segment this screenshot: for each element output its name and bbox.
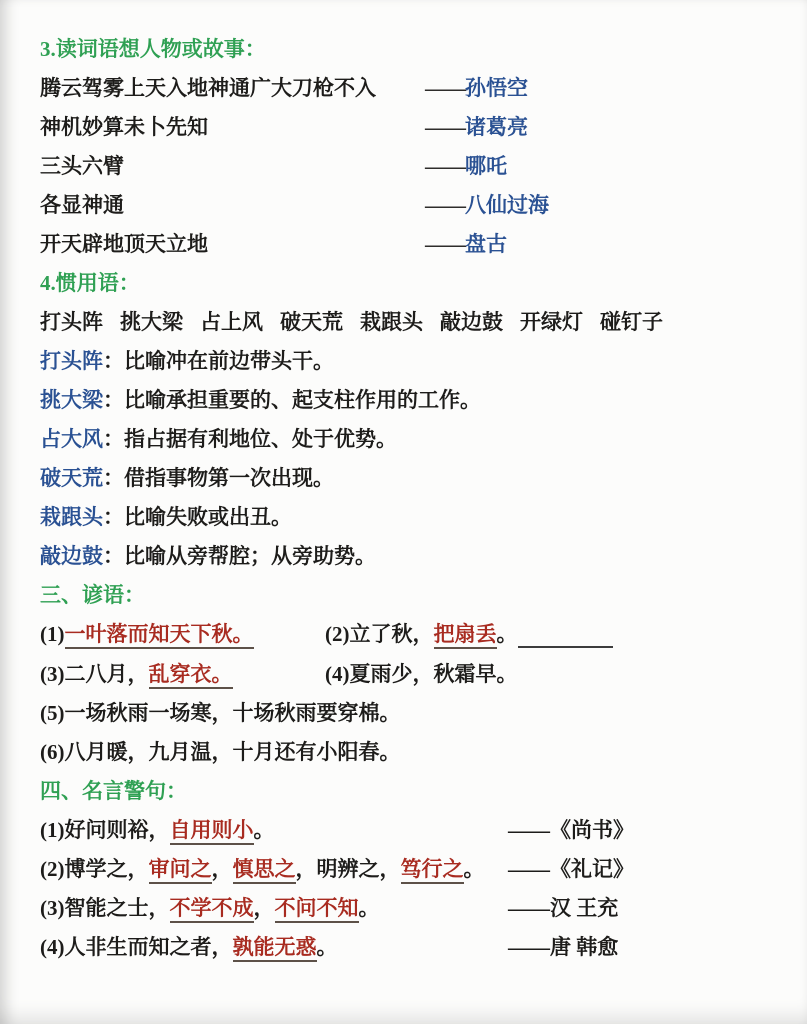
section-heading: 4.惯用语： — [40, 270, 787, 296]
idiom-definition: 借指事物第一次出现。 — [124, 466, 334, 490]
proverb-item: (4)夏雨少，秋霜早。 — [325, 661, 518, 687]
blank-underline — [518, 625, 613, 648]
word-item: 打头阵 — [40, 309, 103, 335]
text-segment: ， — [254, 896, 275, 920]
idiom-definition: 指占据有利地位、处于优势。 — [124, 427, 397, 451]
answer: ——哪吒 — [425, 153, 507, 179]
idiom-definition-row: 打头阵：比喻冲在前边带头干。 — [40, 348, 787, 374]
idiom-definition-row: 挑大梁：比喻承担重要的、起支柱作用的工作。 — [40, 387, 787, 413]
answer-name: 诸葛亮 — [465, 115, 528, 139]
text-segment: (3)二八月， — [40, 662, 149, 686]
text-segment: (2)博学之， — [40, 857, 149, 881]
answer-name: 孙悟空 — [465, 76, 528, 100]
idiom-definition-row: 敲边鼓：比喻从旁帮腔；从旁助势。 — [40, 543, 787, 569]
idiom-term: 打头阵 — [40, 349, 103, 373]
quote-source: ——《礼记》 — [508, 856, 634, 882]
text-segment: ，明辨之， — [296, 857, 401, 881]
text-segment: 不学不成 — [170, 896, 254, 923]
text-segment: (2)立了秋， — [325, 622, 434, 646]
answer: ——八仙过海 — [425, 192, 549, 218]
answer: ——孙悟空 — [425, 75, 528, 101]
match-row: 腾云驾雾上天入地神通广大刀枪不入——孙悟空 — [40, 75, 787, 101]
word-item: 碰钉子 — [600, 309, 663, 335]
answer-name: 哪吒 — [465, 154, 507, 178]
word-item: 开绿灯 — [520, 309, 583, 335]
answer-dash: —— — [425, 154, 465, 178]
colon: ： — [103, 544, 124, 568]
section-words-to-figures: 3.读词语想人物或故事： 腾云驾雾上天入地神通广大刀枪不入——孙悟空神机妙算未卜… — [40, 36, 787, 257]
proverb-item: (3)二八月，乱穿衣。 — [40, 661, 325, 687]
colon: ： — [103, 427, 124, 451]
idiom-term: 栽跟头 — [40, 505, 103, 529]
section-idioms: 4.惯用语： 打头阵挑大梁占上风破天荒栽跟头敲边鼓开绿灯碰钉子 打头阵：比喻冲在… — [40, 270, 787, 569]
proverb-rows-container: (1)一叶落而知天下秋。(2)立了秋，把扇丢。(3)二八月，乱穿衣。(4)夏雨少… — [40, 621, 787, 765]
word-item: 占上风 — [200, 309, 263, 335]
text-segment: 一叶落而知天下秋。 — [65, 622, 254, 649]
proverb-item: (5)一场秋雨一场寒，十场秋雨要穿棉。 — [40, 700, 401, 726]
word-item: 破天荒 — [280, 309, 343, 335]
text-segment: ， — [212, 857, 233, 881]
quote-row: (3)智能之士，不学不成，不问不知。——汉 王充 — [40, 895, 787, 921]
answer: ——盘古 — [425, 231, 507, 257]
section-famous-quotes: 四、名言警句： (1)好问则裕，自用则小。——《尚书》(2)博学之，审问之，慎思… — [40, 778, 787, 960]
quote-source: ——《尚书》 — [508, 817, 634, 843]
idiom-term: 敲边鼓 — [40, 544, 103, 568]
colon: ： — [103, 349, 124, 373]
idiom-definition: 比喻失败或出丑。 — [124, 505, 292, 529]
section-heading: 3.读词语想人物或故事： — [40, 36, 787, 62]
match-row: 各显神通——八仙过海 — [40, 192, 787, 218]
quote-row: (4)人非生而知之者，孰能无惑。——唐 韩愈 — [40, 934, 787, 960]
idiom-definition-row: 栽跟头：比喻失败或出丑。 — [40, 504, 787, 530]
quote-row: (1)好问则裕，自用则小。——《尚书》 — [40, 817, 787, 843]
clue-phrase: 腾云驾雾上天入地神通广大刀枪不入 — [40, 75, 425, 101]
text-segment: 自用则小 — [170, 818, 254, 845]
proverb-row: (6)八月暖，九月温，十月还有小阳春。 — [40, 739, 787, 765]
quote-row: (2)博学之，审问之，慎思之，明辨之，笃行之。——《礼记》 — [40, 856, 787, 882]
word-item: 挑大梁 — [120, 309, 183, 335]
clue-phrase: 开天辟地顶天立地 — [40, 231, 425, 257]
text-segment: (5)一场秋雨一场寒，十场秋雨要穿棉。 — [40, 701, 401, 725]
text-segment: 把扇丢 — [434, 622, 497, 649]
idiom-definition-row: 破天荒：借指事物第一次出现。 — [40, 465, 787, 491]
word-item: 敲边鼓 — [440, 309, 503, 335]
clue-phrase: 三头六臂 — [40, 153, 425, 179]
text-segment: (1)好问则裕， — [40, 818, 170, 842]
idiom-definition: 比喻承担重要的、起支柱作用的工作。 — [124, 388, 481, 412]
text-segment: 。 — [317, 935, 338, 959]
quote-rows-container: (1)好问则裕，自用则小。——《尚书》(2)博学之，审问之，慎思之，明辨之，笃行… — [40, 817, 787, 960]
text-segment: 孰能无惑 — [233, 935, 317, 962]
idiom-term: 占大风 — [40, 427, 103, 451]
proverb-item: (1)一叶落而知天下秋。 — [40, 621, 325, 648]
text-segment: 。 — [359, 896, 380, 920]
text-segment: 。 — [464, 857, 485, 881]
answer-name: 盘古 — [465, 232, 507, 256]
match-rows-container: 腾云驾雾上天入地神通广大刀枪不入——孙悟空神机妙算未卜先知——诸葛亮三头六臂——… — [40, 75, 787, 257]
proverb-item: (2)立了秋，把扇丢。 — [325, 621, 613, 648]
text-segment: 审问之 — [149, 857, 212, 884]
proverb-row: (1)一叶落而知天下秋。(2)立了秋，把扇丢。 — [40, 621, 787, 648]
quote-source: ——唐 韩愈 — [508, 934, 618, 960]
text-segment: 。 — [497, 622, 518, 646]
idiom-word-list: 打头阵挑大梁占上风破天荒栽跟头敲边鼓开绿灯碰钉子 — [40, 309, 787, 335]
match-row: 三头六臂——哪吒 — [40, 153, 787, 179]
colon: ： — [103, 466, 124, 490]
worksheet-page: 3.读词语想人物或故事： 腾云驾雾上天入地神通广大刀枪不入——孙悟空神机妙算未卜… — [0, 0, 807, 1024]
quote-text: (4)人非生而知之者，孰能无惑。 — [40, 934, 508, 960]
word-item: 栽跟头 — [360, 309, 423, 335]
text-segment: 慎思之 — [233, 857, 296, 884]
text-segment: (4)夏雨少，秋霜早。 — [325, 662, 518, 686]
proverb-row: (3)二八月，乱穿衣。(4)夏雨少，秋霜早。 — [40, 661, 787, 687]
answer-dash: —— — [425, 76, 465, 100]
idiom-definition: 比喻从旁帮腔；从旁助势。 — [124, 544, 376, 568]
idiom-term: 破天荒 — [40, 466, 103, 490]
section-proverbs: 三、谚语： (1)一叶落而知天下秋。(2)立了秋，把扇丢。(3)二八月，乱穿衣。… — [40, 582, 787, 765]
clue-phrase: 神机妙算未卜先知 — [40, 114, 425, 140]
text-segment: 不问不知 — [275, 896, 359, 923]
idiom-term: 挑大梁 — [40, 388, 103, 412]
answer-name: 八仙过海 — [465, 193, 549, 217]
colon: ： — [103, 505, 124, 529]
quote-text: (2)博学之，审问之，慎思之，明辨之，笃行之。 — [40, 856, 508, 882]
proverb-item: (6)八月暖，九月温，十月还有小阳春。 — [40, 739, 401, 765]
answer-dash: —— — [425, 115, 465, 139]
match-row: 开天辟地顶天立地——盘古 — [40, 231, 787, 257]
clue-phrase: 各显神通 — [40, 192, 425, 218]
answer-dash: —— — [425, 193, 465, 217]
match-row: 神机妙算未卜先知——诸葛亮 — [40, 114, 787, 140]
answer-dash: —— — [425, 232, 465, 256]
section-heading: 四、名言警句： — [40, 778, 787, 804]
text-segment: 乱穿衣。 — [149, 662, 233, 689]
text-segment: 。 — [254, 818, 275, 842]
text-segment: (4)人非生而知之者， — [40, 935, 233, 959]
colon: ： — [103, 388, 124, 412]
text-segment: 笃行之 — [401, 857, 464, 884]
quote-text: (1)好问则裕，自用则小。 — [40, 817, 508, 843]
proverb-row: (5)一场秋雨一场寒，十场秋雨要穿棉。 — [40, 700, 787, 726]
answer: ——诸葛亮 — [425, 114, 528, 140]
idiom-definition: 比喻冲在前边带头干。 — [124, 349, 334, 373]
quote-text: (3)智能之士，不学不成，不问不知。 — [40, 895, 508, 921]
section-heading: 三、谚语： — [40, 582, 787, 608]
text-segment: (1) — [40, 622, 65, 646]
text-segment: (6)八月暖，九月温，十月还有小阳春。 — [40, 740, 401, 764]
text-segment: (3)智能之士， — [40, 896, 170, 920]
idiom-definitions-container: 打头阵：比喻冲在前边带头干。挑大梁：比喻承担重要的、起支柱作用的工作。占大风：指… — [40, 348, 787, 569]
quote-source: ——汉 王充 — [508, 895, 618, 921]
idiom-definition-row: 占大风：指占据有利地位、处于优势。 — [40, 426, 787, 452]
